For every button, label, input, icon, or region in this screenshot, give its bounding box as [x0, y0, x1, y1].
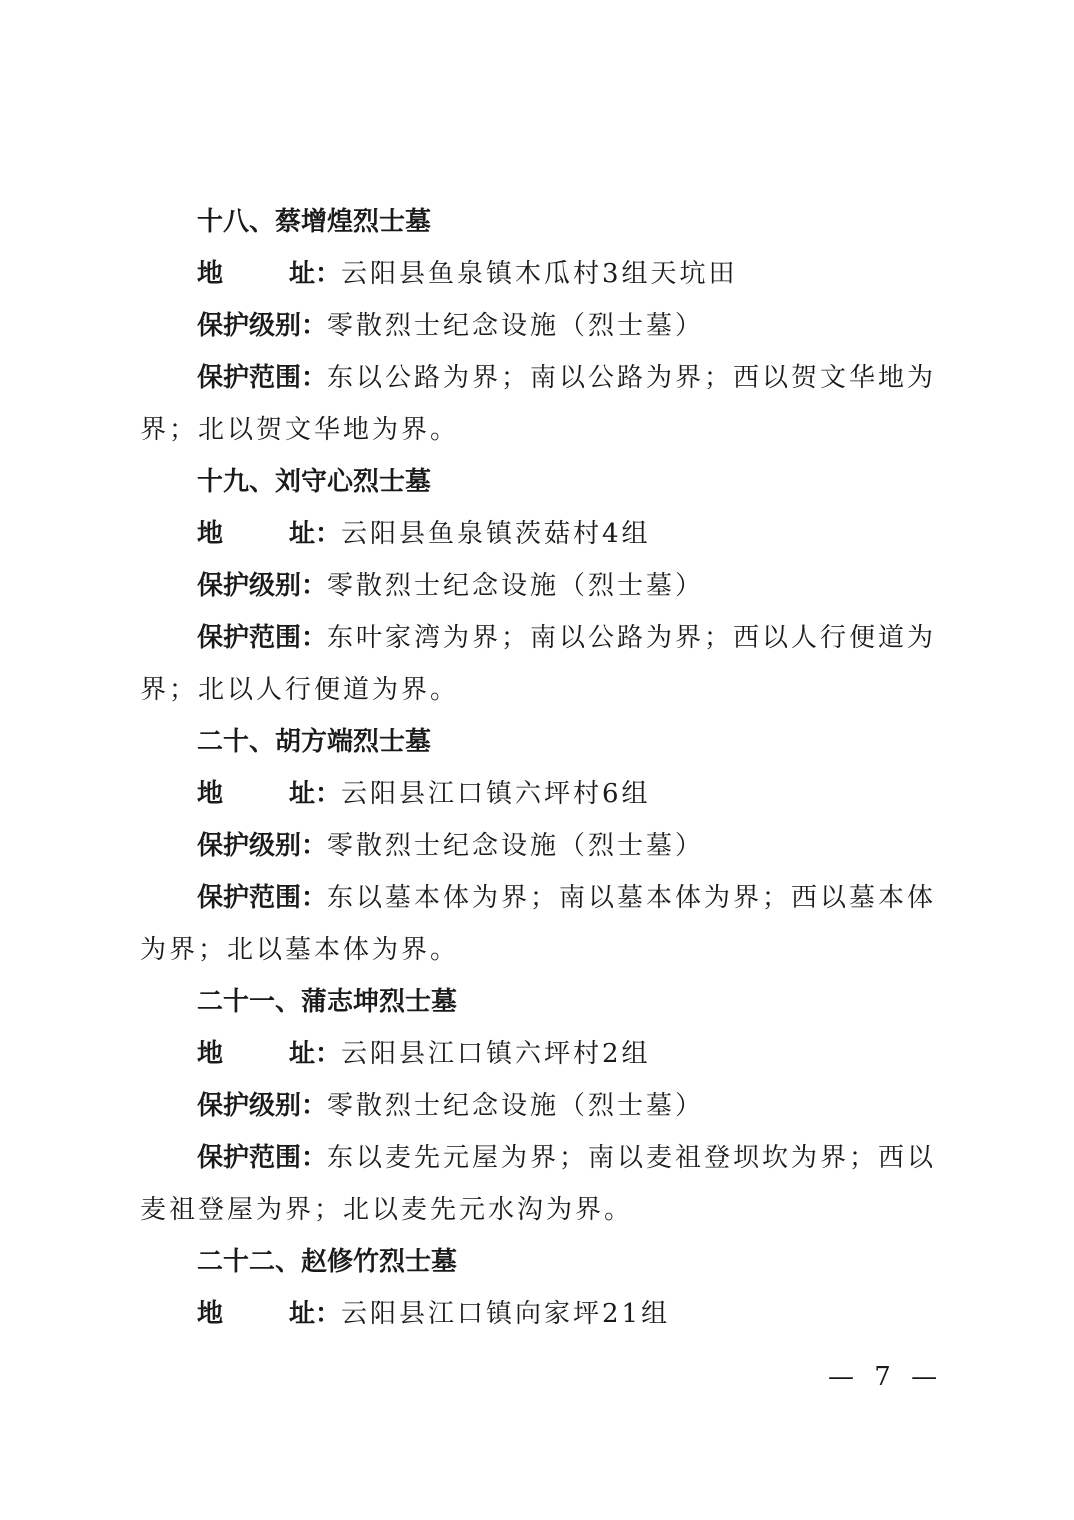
level-label: 保护级别： [197, 311, 327, 341]
document-page: 十八、蔡增煌烈士墓 地址：云阳县鱼泉镇木瓜村3组天坑田 保护级别：零散烈士纪念设… [140, 196, 936, 1340]
range-value-line2: 界；北以人行便道为界。 [140, 664, 936, 716]
address-value: 云阳县江口镇六坪村2组 [341, 1039, 651, 1069]
range-value-line2: 界；北以贺文华地为界。 [140, 404, 936, 456]
address-row: 地址：云阳县鱼泉镇茨菇村4组 [140, 508, 936, 560]
range-row: 保护范围：东叶家湾为界；南以公路为界；西以人行便道为 [140, 612, 936, 664]
address-label: 地址： [197, 508, 341, 560]
level-value: 零散烈士纪念设施（烈士墓） [327, 1091, 704, 1121]
entry-22: 二十二、赵修竹烈士墓 地址：云阳县江口镇向家坪21组 [140, 1236, 936, 1340]
range-label: 保护范围： [197, 363, 327, 393]
address-row: 地址：云阳县江口镇向家坪21组 [140, 1288, 936, 1340]
address-row: 地址：云阳县江口镇六坪村2组 [140, 1028, 936, 1080]
level-value: 零散烈士纪念设施（烈士墓） [327, 311, 704, 341]
level-row: 保护级别：零散烈士纪念设施（烈士墓） [140, 300, 936, 352]
entry-heading: 二十、胡方端烈士墓 [140, 716, 936, 768]
range-value-line2: 为界；北以墓本体为界。 [140, 924, 936, 976]
level-label: 保护级别： [197, 1091, 327, 1121]
address-row: 地址：云阳县江口镇六坪村6组 [140, 768, 936, 820]
range-value-line2: 麦祖登屋为界；北以麦先元水沟为界。 [140, 1184, 936, 1236]
level-row: 保护级别：零散烈士纪念设施（烈士墓） [140, 820, 936, 872]
range-row: 保护范围：东以公路为界；南以公路为界；西以贺文华地为 [140, 352, 936, 404]
range-value-line1: 东叶家湾为界；南以公路为界；西以人行便道为 [327, 623, 936, 653]
address-label: 地址： [197, 1028, 341, 1080]
level-row: 保护级别：零散烈士纪念设施（烈士墓） [140, 1080, 936, 1132]
entry-heading: 二十一、蒲志坤烈士墓 [140, 976, 936, 1028]
entry-21: 二十一、蒲志坤烈士墓 地址：云阳县江口镇六坪村2组 保护级别：零散烈士纪念设施（… [140, 976, 936, 1236]
range-value-line1: 东以公路为界；南以公路为界；西以贺文华地为 [327, 363, 936, 393]
entry-heading: 十九、刘守心烈士墓 [140, 456, 936, 508]
level-label: 保护级别： [197, 571, 327, 601]
address-label: 地址： [197, 248, 341, 300]
entry-18: 十八、蔡增煌烈士墓 地址：云阳县鱼泉镇木瓜村3组天坑田 保护级别：零散烈士纪念设… [140, 196, 936, 456]
entry-heading: 二十二、赵修竹烈士墓 [140, 1236, 936, 1288]
level-value: 零散烈士纪念设施（烈士墓） [327, 831, 704, 861]
entry-20: 二十、胡方端烈士墓 地址：云阳县江口镇六坪村6组 保护级别：零散烈士纪念设施（烈… [140, 716, 936, 976]
range-label: 保护范围： [197, 623, 327, 653]
entry-19: 十九、刘守心烈士墓 地址：云阳县鱼泉镇茨菇村4组 保护级别：零散烈士纪念设施（烈… [140, 456, 936, 716]
entry-heading: 十八、蔡增煌烈士墓 [140, 196, 936, 248]
range-row: 保护范围：东以麦先元屋为界；南以麦祖登坝坎为界；西以 [140, 1132, 936, 1184]
range-value-line1: 东以墓本体为界；南以墓本体为界；西以墓本体 [327, 883, 936, 913]
address-value: 云阳县鱼泉镇木瓜村3组天坑田 [341, 259, 738, 289]
range-label: 保护范围： [197, 883, 327, 913]
level-value: 零散烈士纪念设施（烈士墓） [327, 571, 704, 601]
level-label: 保护级别： [197, 831, 327, 861]
address-value: 云阳县江口镇向家坪21组 [341, 1299, 670, 1329]
address-label: 地址： [197, 1288, 341, 1340]
range-label: 保护范围： [197, 1143, 327, 1173]
address-value: 云阳县江口镇六坪村6组 [341, 779, 651, 809]
level-row: 保护级别：零散烈士纪念设施（烈士墓） [140, 560, 936, 612]
range-row: 保护范围：东以墓本体为界；南以墓本体为界；西以墓本体 [140, 872, 936, 924]
address-value: 云阳县鱼泉镇茨菇村4组 [341, 519, 651, 549]
page-number: — 7 — [828, 1362, 943, 1392]
range-value-line1: 东以麦先元屋为界；南以麦祖登坝坎为界；西以 [327, 1143, 936, 1173]
address-row: 地址：云阳县鱼泉镇木瓜村3组天坑田 [140, 248, 936, 300]
address-label: 地址： [197, 768, 341, 820]
